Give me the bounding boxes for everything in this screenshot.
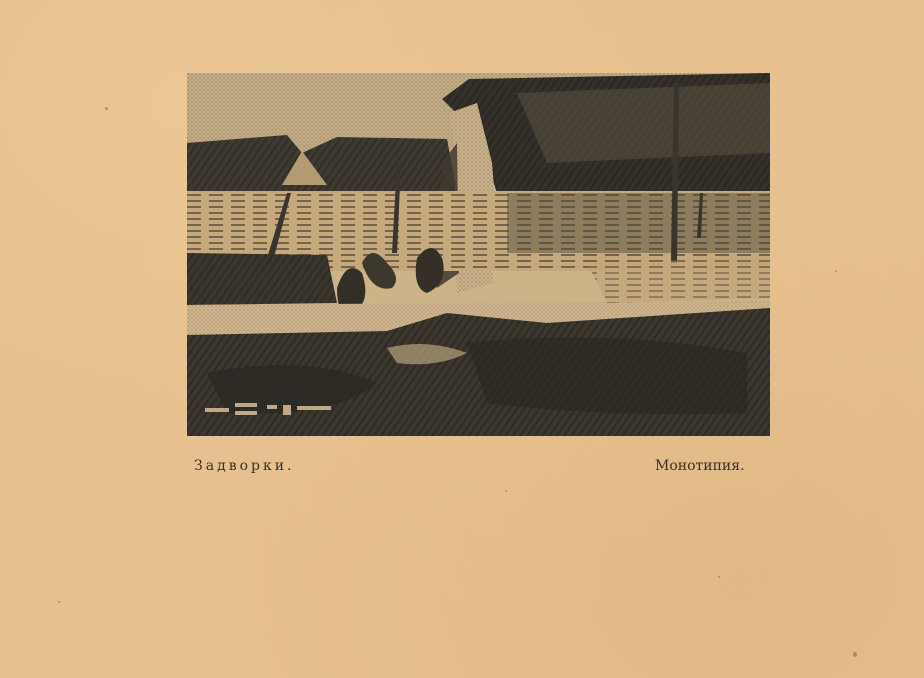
paper-speck [853, 652, 857, 657]
paper-speck [58, 601, 60, 603]
book-page: Задворки. Монотипия. [0, 0, 924, 678]
paper-speck [505, 490, 507, 492]
illustration-title: Задворки. [194, 458, 295, 474]
illustration-technique: Монотипия. [655, 458, 745, 474]
paper-speck [718, 576, 720, 578]
paper-speck [105, 107, 108, 110]
paper-speck [835, 270, 837, 272]
monotype-illustration [187, 73, 770, 436]
